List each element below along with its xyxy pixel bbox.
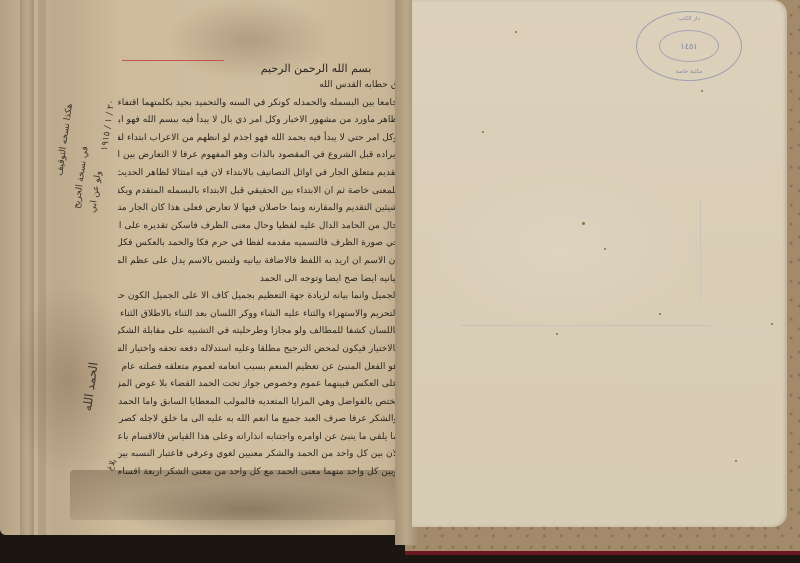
text-line: ق حطابه القدس الله: [118, 76, 398, 94]
margin-note-date: ٢٠ / ١ / ١٩١٥: [100, 99, 117, 151]
foxing-spot: [735, 460, 737, 462]
foxing-spot: [515, 31, 517, 33]
text-line: هو الفعل المنبئ عن تعظيم المنعم بسبب انع…: [118, 358, 398, 376]
text-line: التحريم والاستهزاء والثناء عليه الشاء وو…: [118, 305, 398, 323]
text-line: ظاهر ماورد من مشهور الاخبار وكل امر ذي ب…: [118, 111, 398, 129]
text-line: ما يلقي ما ينبئ عن اوامره واجتنابه انذار…: [118, 428, 398, 446]
text-line: باللسان كشفا للمطالف ولو مجازا وطرحليته …: [118, 322, 398, 340]
margin-note: الحمد الله: [80, 361, 101, 412]
text-line: جامعا بين البسمله والحمدله كونكر في السن…: [118, 94, 398, 112]
text-line: شيئين التقديم والمقارنه وبما حاصلان فيها…: [118, 199, 398, 217]
faint-pencil-mark: [700, 200, 701, 300]
margin-note: في نسخة الجريح: [72, 146, 91, 210]
text-line: حال من الحامد الدال عليه لفظيا وحال معنى…: [118, 217, 398, 235]
text-line: وكل امر حتي لا يبدأ فيه بحمد الله فهو اج…: [118, 129, 398, 147]
text-line: يختص بالفواضل وهي المزايا المتعديه فالمو…: [118, 393, 398, 411]
cover-red-edge: [405, 551, 800, 555]
faint-pencil-mark: [460, 205, 710, 326]
page-fold: [20, 0, 34, 535]
foxing-spot: [771, 323, 773, 325]
text-line: ان الاسم ان اريد به اللفظ فالاضافة بياني…: [118, 252, 398, 270]
text-line: بالاختيار فيكون لمحض الترجيح مطلقا وعليه…: [118, 340, 398, 358]
basmala-heading: بسم الله الرحمن الرحيم: [228, 62, 404, 76]
text-line: في صورة الظرف فالتسميه مقدمه لفظا في حرم…: [118, 234, 398, 252]
main-text-block: بسم الله الرحمن الرحيم ق حطابه القدس الل…: [118, 62, 398, 481]
margin-note: ولو عن ابي: [88, 170, 104, 213]
foxing-spot: [604, 248, 606, 250]
text-line: على العكس فبينهما عموم وخصوص جواز تحت ال…: [118, 375, 398, 393]
text-line: لان بين كل واحد من الحمد والشكر معنيين ل…: [118, 445, 398, 463]
manuscript-spread: بسم الله الرحمن الرحيم ق حطابه القدس الل…: [0, 0, 800, 563]
text-line: ايراده قبل الشروع في المقصود بالذات وهو …: [118, 146, 398, 164]
text-line: تقديم متعلق الجار في اوائل التصانيف بالا…: [118, 164, 398, 182]
foxing-spot: [482, 131, 484, 133]
stamp-bottom-text: مكتبة خاصة: [637, 69, 741, 75]
foxing-spot: [556, 333, 558, 335]
page-fold: [38, 0, 46, 535]
stamp-center: ١٤٥١: [659, 30, 719, 62]
text-line: والشكر عرفا صرف العبد جميع ما انعم الله …: [118, 410, 398, 428]
left-manuscript-page: بسم الله الرحمن الرحيم ق حطابه القدس الل…: [0, 0, 405, 535]
stamp-number: ١٤٥١: [680, 42, 697, 51]
foxing-spot: [701, 90, 703, 92]
text-line: للمعنى خاصة ثم ان الابتداء بين الحقيقي ق…: [118, 182, 398, 200]
foxing-spot: [659, 313, 661, 315]
text-line: الجميل وانما بيانه لزيادة جهة التعظيم بج…: [118, 287, 398, 305]
foxing-spot: [582, 222, 585, 225]
margin-note: هكذا نسخه التوقيف: [55, 103, 75, 176]
text-line: بيانيه ايضا صح ايضا وتوجه الى الحمد: [118, 270, 398, 288]
stamp-top-text: دار الكتب: [637, 16, 741, 22]
rubric-line: [122, 60, 224, 61]
text-line: وبين كل واحد منهما معنى الحمد مع كل واحد…: [118, 463, 398, 481]
library-stamp: دار الكتب ١٤٥١ مكتبة خاصة: [636, 11, 742, 81]
